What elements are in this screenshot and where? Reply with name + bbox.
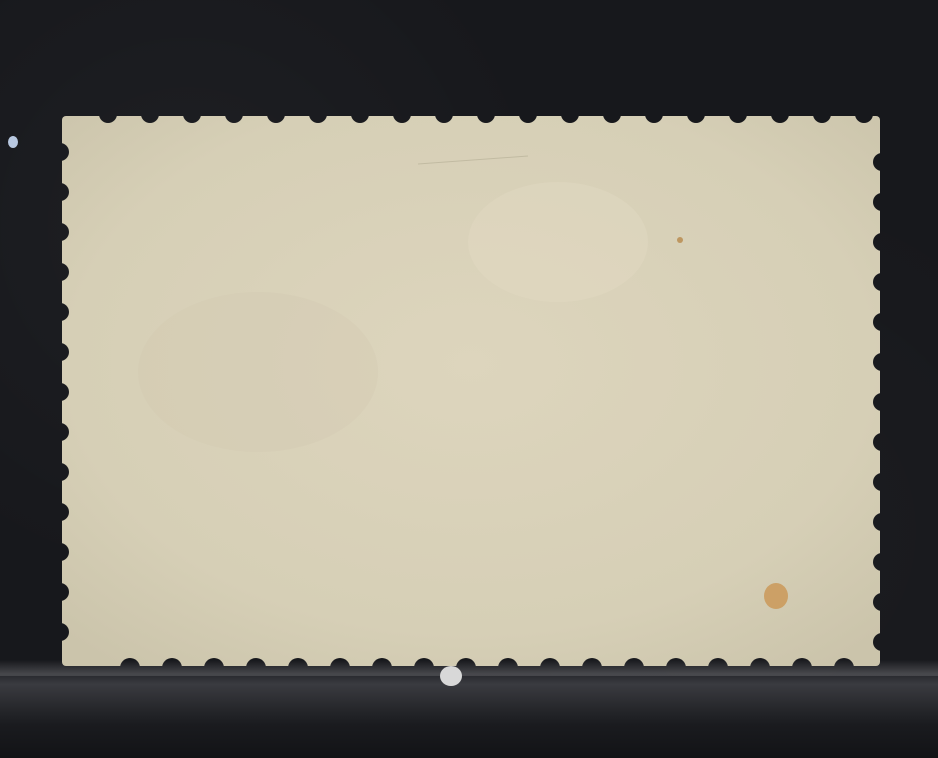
hinge-remnant (440, 666, 462, 686)
stamp-paper (58, 112, 884, 672)
dust-speck (8, 136, 18, 148)
mount-strip (0, 676, 938, 758)
stamp-back (58, 112, 884, 672)
